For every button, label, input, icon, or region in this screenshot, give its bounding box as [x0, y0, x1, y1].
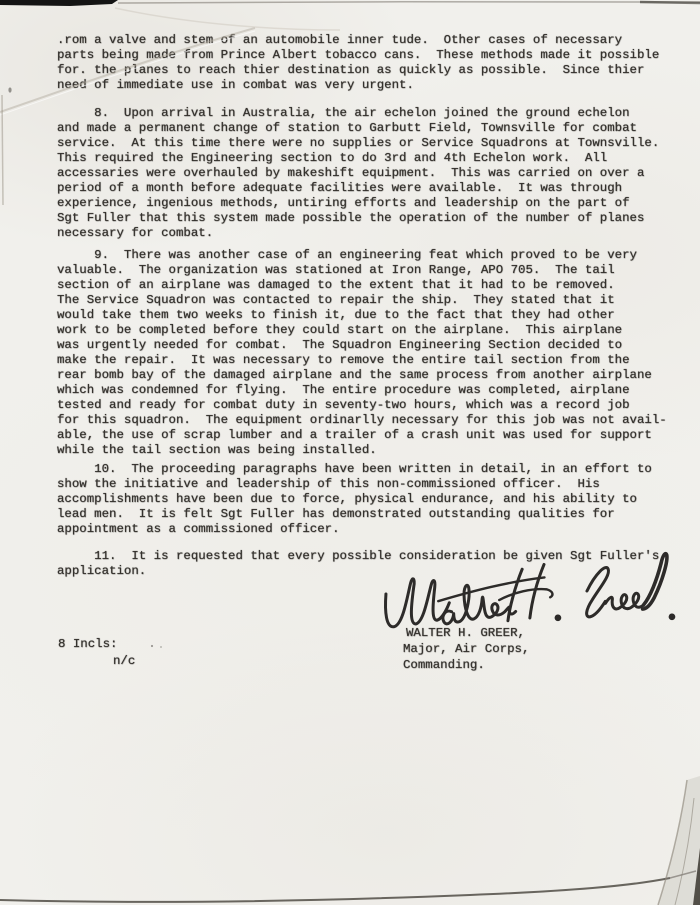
ink-speck — [160, 646, 162, 648]
corner-fold-line — [658, 780, 687, 905]
enclosures-count: n/c — [113, 654, 135, 669]
ink-speck — [151, 645, 153, 647]
bottom-edge-line-end — [670, 871, 696, 878]
bottom-right-edge-shadow — [693, 848, 700, 905]
crease-top-mid — [115, 8, 340, 30]
paragraph-10: 10. The proceeding paragraphs have been … — [57, 462, 652, 537]
paragraph-9: 9. There was another case of an engineer… — [57, 248, 667, 458]
corner-fold-shading — [658, 776, 700, 905]
signature-strokes — [384, 553, 674, 628]
top-edge-shadow — [0, 0, 118, 6]
paragraph-continuation: .rom a valve and stem of an automobile i… — [57, 33, 659, 93]
top-right-edge-mark — [640, 2, 700, 3]
enclosures-label: 8 Incls: — [58, 637, 118, 652]
left-edge-line — [2, 95, 3, 205]
signer-title: Commanding. — [403, 658, 485, 673]
bottom-edge-line — [0, 878, 670, 902]
corner-fold-line-2 — [675, 798, 694, 905]
top-edge-line — [118, 2, 700, 3]
signer-name: WALTER H. GREER, — [406, 626, 525, 641]
document-page: .rom a valve and stem of an automobile i… — [0, 0, 700, 905]
signer-rank: Major, Air Corps, — [403, 642, 529, 657]
ink-speck-left-margin — [8, 87, 11, 92]
paragraph-8: 8. Upon arrival in Australia, the air ec… — [57, 106, 659, 241]
